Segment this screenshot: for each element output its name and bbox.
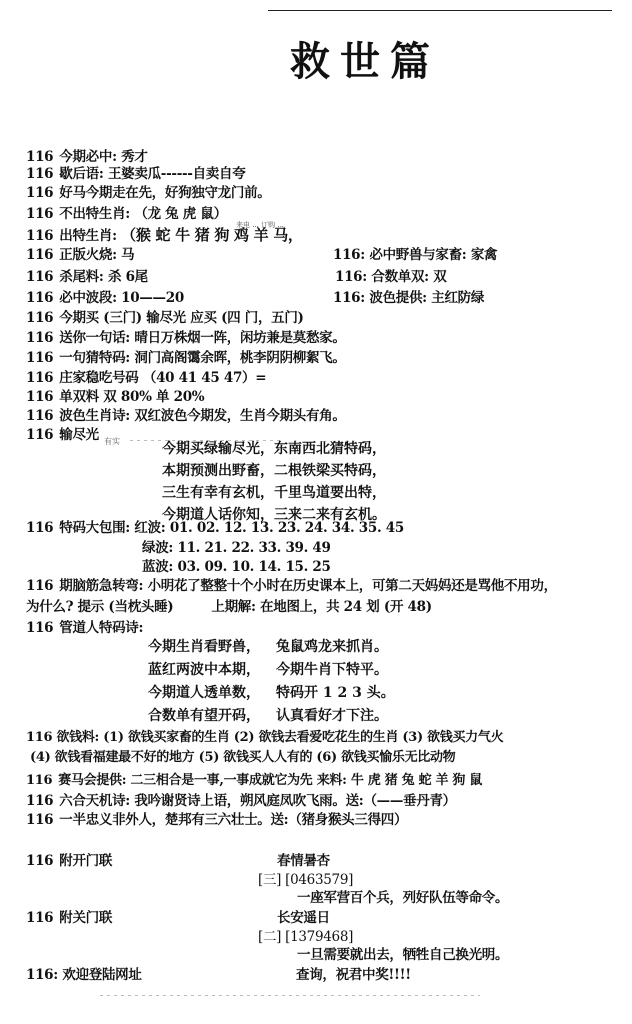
page-title: 救世篇 [290, 30, 470, 87]
line-odd-even: 116单双料 双 80% 单 20% [26, 389, 204, 405]
line-kill-tail: 116杀尾料: 杀 6尾 [26, 269, 148, 285]
line-blue-wave: 蓝波: 03. 09. 10. 14. 15. 25 [142, 559, 331, 575]
line-wave-poem: 116波色生肖诗: 双红波色今期发，生肖今期头有角。 [26, 408, 346, 424]
line-banker: 116庄家稳吃号码 （40 41 45 47）= [26, 370, 266, 386]
faint-bottom-line [100, 995, 480, 996]
couplet-open-head: 春情暑杏 [277, 853, 330, 869]
poem2: 今期生肖看野兽，兔鼠鸡龙来抓肖。 蓝红两波中本期，今期牛肖下特平。 今期道人透单… [148, 636, 395, 728]
poem1: 今期买绿输尽光，东南西北猜特码， 本期预测出野畜，二根铁梁买特码， 三生有幸有玄… [162, 438, 386, 526]
line-money-2: (4) 欲钱看福建最不好的地方 (5) 欲钱买人人有的 (6) 欲钱买愉乐无比动… [30, 750, 455, 766]
line-riddle: 116期脑筋急转弯: 小明花了整整十个小时在历史课本上，可第二天妈妈还是骂他不用… [26, 578, 557, 594]
line-money-1: 116 欲钱料: (1) 欲钱买家畜的生肖 (2) 欲钱去看爱吃花生的生肖 (3… [26, 730, 503, 746]
line-green-wave: 绿波: 11. 21. 22. 33. 39. 49 [142, 540, 331, 556]
line-lose-all: 116输尽光 [26, 427, 99, 443]
line-wave-range: 116必中波段: 10——20 [26, 290, 184, 306]
line-must-hit: 116今期必中: 秀才 [26, 149, 148, 165]
couplet-close-head: 长安遥日 [277, 910, 330, 926]
line-fire: 116正版火烧: 马 [26, 247, 134, 263]
couplet-close-code: [二] [1379468] [258, 929, 353, 945]
couplet-open-code: [三] [0463579] [258, 872, 353, 888]
line-gift: 116送你一句话: 晴日万株烟一阵，闲坊兼是莫愁家。 [26, 330, 346, 346]
line-poem2-label: 116管道人特码诗: [26, 620, 143, 636]
right-line-0: 116: 必中野兽与家畜: 家禽 [333, 247, 497, 263]
line-special-range: 116特码大包围: 红波: 01. 02. 12. 13. 23. 24. 34… [26, 520, 404, 536]
line-guess: 116一句猜特码: 洞门高阁霭余晖，桃李阴阴柳絮飞。 [26, 350, 346, 366]
couplet-close-verse: 一旦需要就出去，牺牲自己换光明。 [297, 947, 508, 963]
line-no-special: 116不出特生肖: （龙 兔 虎 鼠） [26, 206, 227, 222]
top-rule [268, 10, 612, 11]
line-horse: 116好马今期走在先，好狗独守龙门前。 [26, 185, 270, 201]
couplet-open-verse: 一座军营百个兵，列好队伍等命令。 [297, 890, 508, 906]
line-jockey: 116赛马会提供: 二三相合是一事,一事成就它为先 来料: 牛 虎 猪 兔 蛇 … [26, 773, 482, 789]
line-heaven-poem: 116六合天机诗: 我吟谢贤诗上语，朔风庭凤吹飞雨。送:（——垂丹青） [26, 793, 456, 809]
overlay-note: 来电 ... 订购 ... [236, 220, 284, 230]
couplet-close-label: 116附关门联 [26, 910, 112, 926]
right-line-1: 116: 合数单双: 双 [335, 269, 446, 285]
footer-value: 查询，祝君中奖!!!! [296, 967, 411, 983]
line-loyal: 116一半忠义非外人，楚邦有三六壮士。送:（猪身猴头三得四） [26, 812, 407, 828]
couplet-open-label: 116附开门联 [26, 853, 112, 869]
footer-label: 116: 欢迎登陆网址 [26, 967, 142, 983]
right-line-2: 116: 波色提供: 主红防绿 [333, 290, 484, 306]
line-riddle-hint: 为什么? 提示 (当枕头睡)上期解: 在地图上，共 24 划 (开 48) [26, 599, 432, 615]
line-buy: 116今期买 (三门) 输尽光 应买 (四 门，五门) [26, 310, 304, 326]
small-note-2: 有实 [104, 436, 120, 447]
line-saying: 116歇后语: 王婆卖瓜------自卖自夸 [26, 166, 245, 182]
